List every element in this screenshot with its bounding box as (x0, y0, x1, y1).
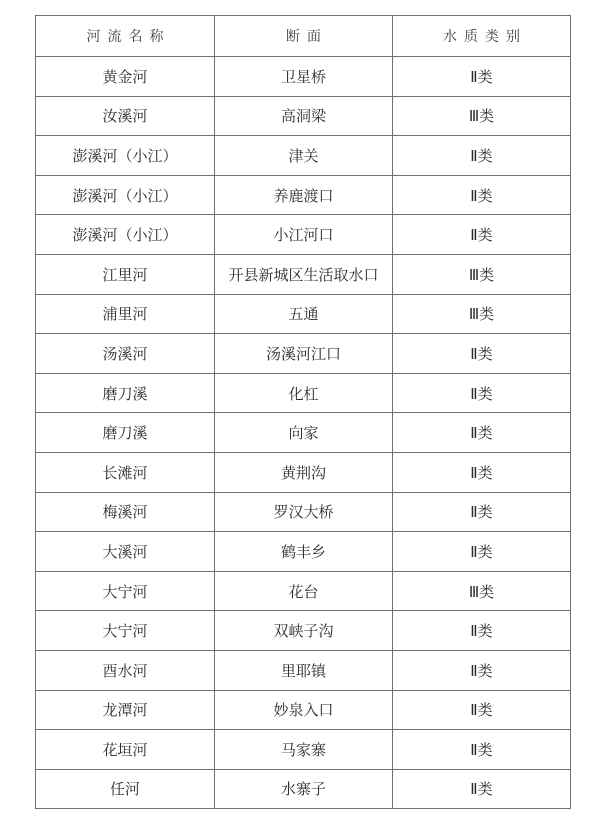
quality-class-cell: Ⅲ类 (393, 294, 571, 334)
table-row: 大宁河花台Ⅲ类 (36, 571, 571, 611)
table-row: 大溪河鹤丰乡Ⅱ类 (36, 532, 571, 572)
river-name-cell: 大溪河 (36, 532, 215, 572)
section-cell: 开县新城区生活取水口 (215, 254, 393, 294)
river-water-quality-table: 河流名称 断面 水质类别 黄金河卫星桥Ⅱ类汝溪河高洞梁Ⅲ类澎溪河（小江）津关Ⅱ类… (35, 15, 571, 809)
column-header-quality-class: 水质类别 (393, 16, 571, 57)
table-row: 花垣河马家寨Ⅱ类 (36, 730, 571, 770)
quality-class-cell: Ⅱ类 (393, 57, 571, 97)
quality-class-cell: Ⅱ类 (393, 215, 571, 255)
quality-class-cell: Ⅱ类 (393, 452, 571, 492)
river-name-cell: 磨刀溪 (36, 373, 215, 413)
table-row: 梅溪河罗汉大桥Ⅱ类 (36, 492, 571, 532)
table-row: 澎溪河（小江）津关Ⅱ类 (36, 136, 571, 176)
river-name-cell: 大宁河 (36, 571, 215, 611)
table-row: 大宁河双峡子沟Ⅱ类 (36, 611, 571, 651)
quality-class-cell: Ⅱ类 (393, 492, 571, 532)
document-page: 河流名称 断面 水质类别 黄金河卫星桥Ⅱ类汝溪河高洞梁Ⅲ类澎溪河（小江）津关Ⅱ类… (0, 0, 600, 834)
section-cell: 小江河口 (215, 215, 393, 255)
river-name-cell: 任河 (36, 769, 215, 809)
section-cell: 水寨子 (215, 769, 393, 809)
quality-class-cell: Ⅱ类 (393, 373, 571, 413)
section-cell: 罗汉大桥 (215, 492, 393, 532)
table-row: 长滩河黄荆沟Ⅱ类 (36, 452, 571, 492)
river-name-cell: 大宁河 (36, 611, 215, 651)
river-name-cell: 磨刀溪 (36, 413, 215, 453)
table-row: 浦里河五通Ⅲ类 (36, 294, 571, 334)
table-row: 酉水河里耶镇Ⅱ类 (36, 650, 571, 690)
table-row: 黄金河卫星桥Ⅱ类 (36, 57, 571, 97)
river-name-cell: 浦里河 (36, 294, 215, 334)
column-header-section: 断面 (215, 16, 393, 57)
river-name-cell: 澎溪河（小江） (36, 136, 215, 176)
table-row: 磨刀溪向家Ⅱ类 (36, 413, 571, 453)
quality-class-cell: Ⅱ类 (393, 769, 571, 809)
quality-class-cell: Ⅱ类 (393, 136, 571, 176)
quality-class-cell: Ⅱ类 (393, 690, 571, 730)
quality-class-cell: Ⅱ类 (393, 650, 571, 690)
quality-class-cell: Ⅲ类 (393, 254, 571, 294)
section-cell: 卫星桥 (215, 57, 393, 97)
quality-class-cell: Ⅱ类 (393, 611, 571, 651)
table-row: 澎溪河（小江）养鹿渡口Ⅱ类 (36, 175, 571, 215)
section-cell: 高洞梁 (215, 96, 393, 136)
section-cell: 花台 (215, 571, 393, 611)
quality-class-cell: Ⅱ类 (393, 334, 571, 374)
river-name-cell: 澎溪河（小江） (36, 175, 215, 215)
quality-class-cell: Ⅱ类 (393, 413, 571, 453)
table-body: 黄金河卫星桥Ⅱ类汝溪河高洞梁Ⅲ类澎溪河（小江）津关Ⅱ类澎溪河（小江）养鹿渡口Ⅱ类… (36, 57, 571, 809)
column-header-river-name: 河流名称 (36, 16, 215, 57)
section-cell: 双峡子沟 (215, 611, 393, 651)
section-cell: 马家寨 (215, 730, 393, 770)
river-name-cell: 黄金河 (36, 57, 215, 97)
section-cell: 黄荆沟 (215, 452, 393, 492)
river-name-cell: 澎溪河（小江） (36, 215, 215, 255)
quality-class-cell: Ⅱ类 (393, 175, 571, 215)
table-row: 龙潭河妙泉入口Ⅱ类 (36, 690, 571, 730)
table-row: 江里河开县新城区生活取水口Ⅲ类 (36, 254, 571, 294)
river-name-cell: 梅溪河 (36, 492, 215, 532)
river-name-cell: 花垣河 (36, 730, 215, 770)
section-cell: 里耶镇 (215, 650, 393, 690)
river-name-cell: 江里河 (36, 254, 215, 294)
section-cell: 妙泉入口 (215, 690, 393, 730)
river-name-cell: 长滩河 (36, 452, 215, 492)
table-header: 河流名称 断面 水质类别 (36, 16, 571, 57)
quality-class-cell: Ⅱ类 (393, 730, 571, 770)
section-cell: 津关 (215, 136, 393, 176)
section-cell: 向家 (215, 413, 393, 453)
quality-class-cell: Ⅲ类 (393, 571, 571, 611)
river-name-cell: 酉水河 (36, 650, 215, 690)
section-cell: 化杠 (215, 373, 393, 413)
section-cell: 汤溪河江口 (215, 334, 393, 374)
table-row: 汝溪河高洞梁Ⅲ类 (36, 96, 571, 136)
table-row: 澎溪河（小江）小江河口Ⅱ类 (36, 215, 571, 255)
table-row: 任河水寨子Ⅱ类 (36, 769, 571, 809)
section-cell: 鹤丰乡 (215, 532, 393, 572)
river-name-cell: 龙潭河 (36, 690, 215, 730)
section-cell: 养鹿渡口 (215, 175, 393, 215)
table-row: 磨刀溪化杠Ⅱ类 (36, 373, 571, 413)
quality-class-cell: Ⅲ类 (393, 96, 571, 136)
river-name-cell: 汤溪河 (36, 334, 215, 374)
river-name-cell: 汝溪河 (36, 96, 215, 136)
table-header-row: 河流名称 断面 水质类别 (36, 16, 571, 57)
quality-class-cell: Ⅱ类 (393, 532, 571, 572)
table-row: 汤溪河汤溪河江口Ⅱ类 (36, 334, 571, 374)
section-cell: 五通 (215, 294, 393, 334)
